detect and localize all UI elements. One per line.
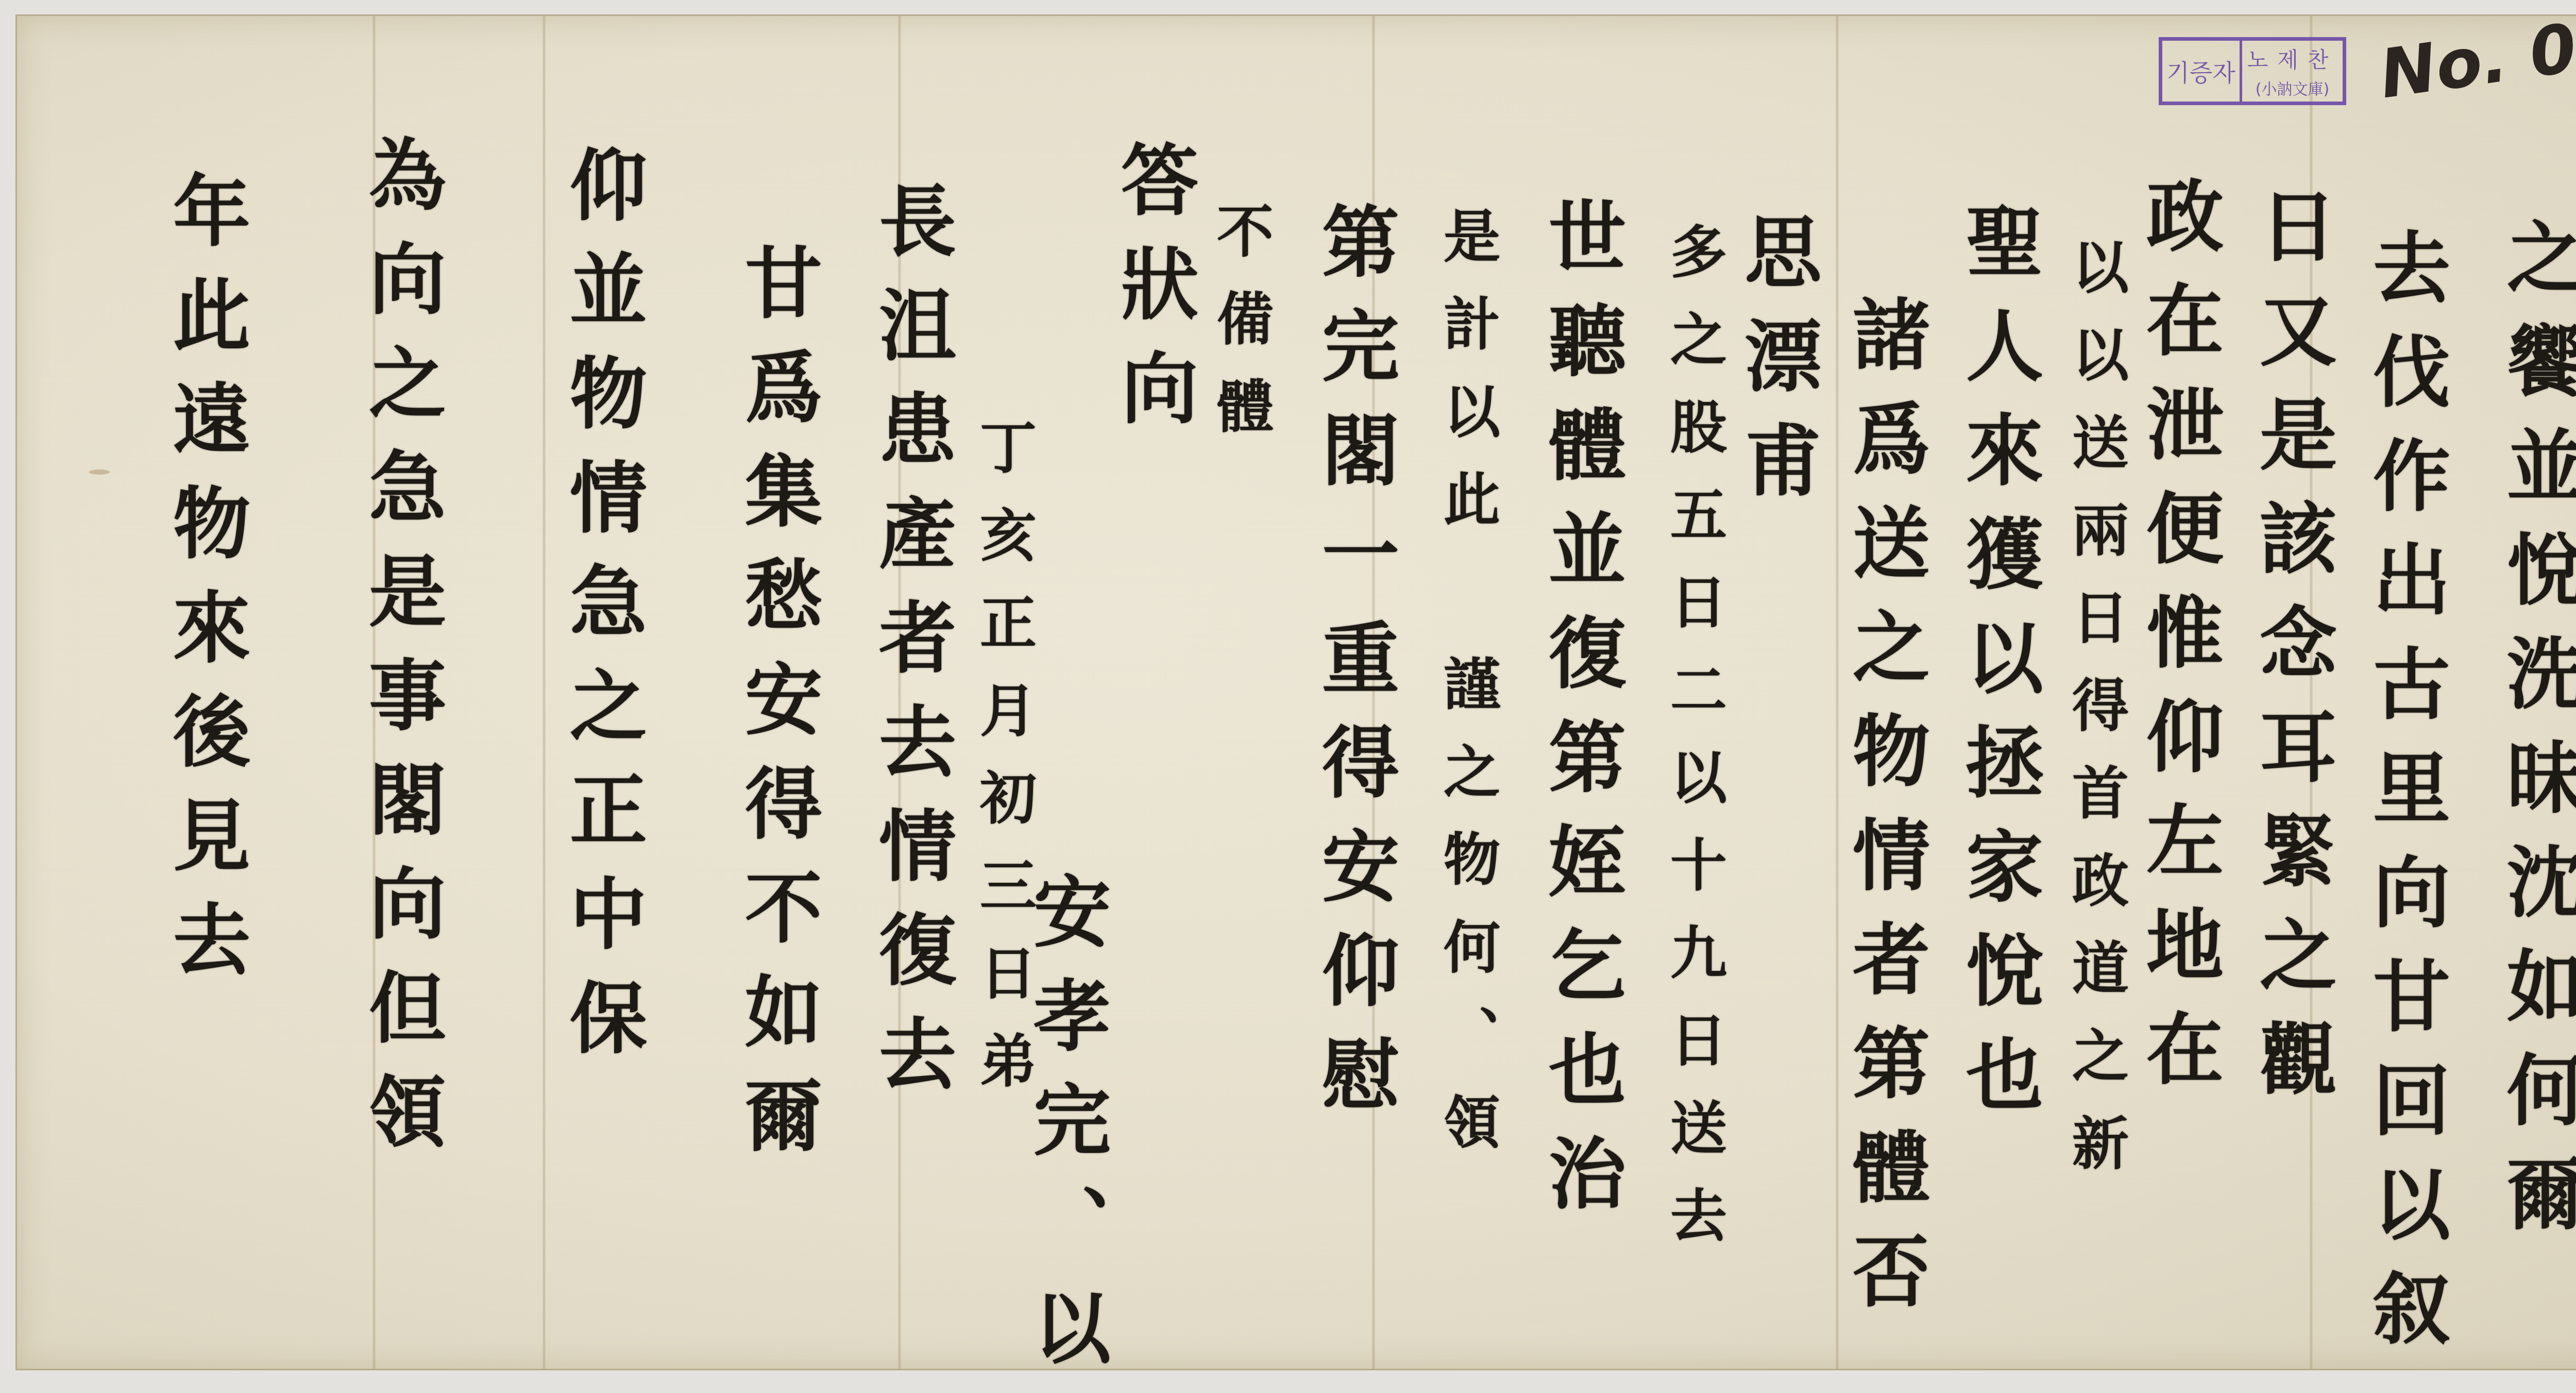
donor-stamp: 기증자 노제찬 (小訥文庫) [2159,37,2346,105]
collection-name: (小訥文庫) [2256,76,2329,99]
text-column: 仰並物情急之正中保 [563,145,640,1082]
text-column: 長沮患產者去情復去 [872,181,950,1118]
text-column: 諸爲送之物情者第體否 [1846,294,1923,1335]
letter-sheet: 向進日涉乙后之春閣丕 之饗並悅洗昧沈如何爾 去伐作出古里向甘回以叙 日又是該念耳… [15,14,2576,1370]
text-column: 第完閣一重得安仰慰 [1315,202,1393,1138]
text-column: 世聽體並復第姪乞也治 [1542,196,1619,1237]
text-column: 甘爲集愁安得不如爾 [738,243,816,1180]
text-column: 去伐作出古里向甘回以叙 [2366,227,2444,1372]
text-column: 思漂甫 [1738,212,1815,524]
text-column: 為向之急是事閣向但領 [362,135,439,1176]
text-column: 多之股五日二以十九日送去 [1666,222,1722,1273]
text-column: 之饗並悅洗昧沈如何爾 [2500,217,2576,1258]
text-column: 答狀向 [1114,140,1192,452]
text-column: 不備體 [1212,202,1269,464]
text-column: 年此遠物來後見去 [166,171,244,1003]
text-column: 是計以此 謹之物何、領 [1439,207,1496,1180]
text-columns: 向進日涉乙后之春閣丕 之饗並悅洗昧沈如何爾 去伐作出古里向甘回以叙 日又是該念耳… [17,16,2576,1369]
signature: 安孝完、以 [1027,871,1104,1392]
text-column: 政在泄便惟仰左地在 [2140,176,2217,1113]
stamp-donor: 노제찬 (小訥文庫) [2242,41,2343,102]
stamp-label: 기증자 [2162,41,2242,102]
text-column: 以以送兩日得首政道之新 [2067,238,2124,1201]
text-column: 日又是該念耳緊之觀 [2253,186,2330,1123]
date-line: 丁亥正月初三日弟 [975,418,1032,1119]
donor-name: 노제찬 [2247,43,2338,74]
text-column: 聖人來獲以拯家悅也 [1959,202,2037,1138]
